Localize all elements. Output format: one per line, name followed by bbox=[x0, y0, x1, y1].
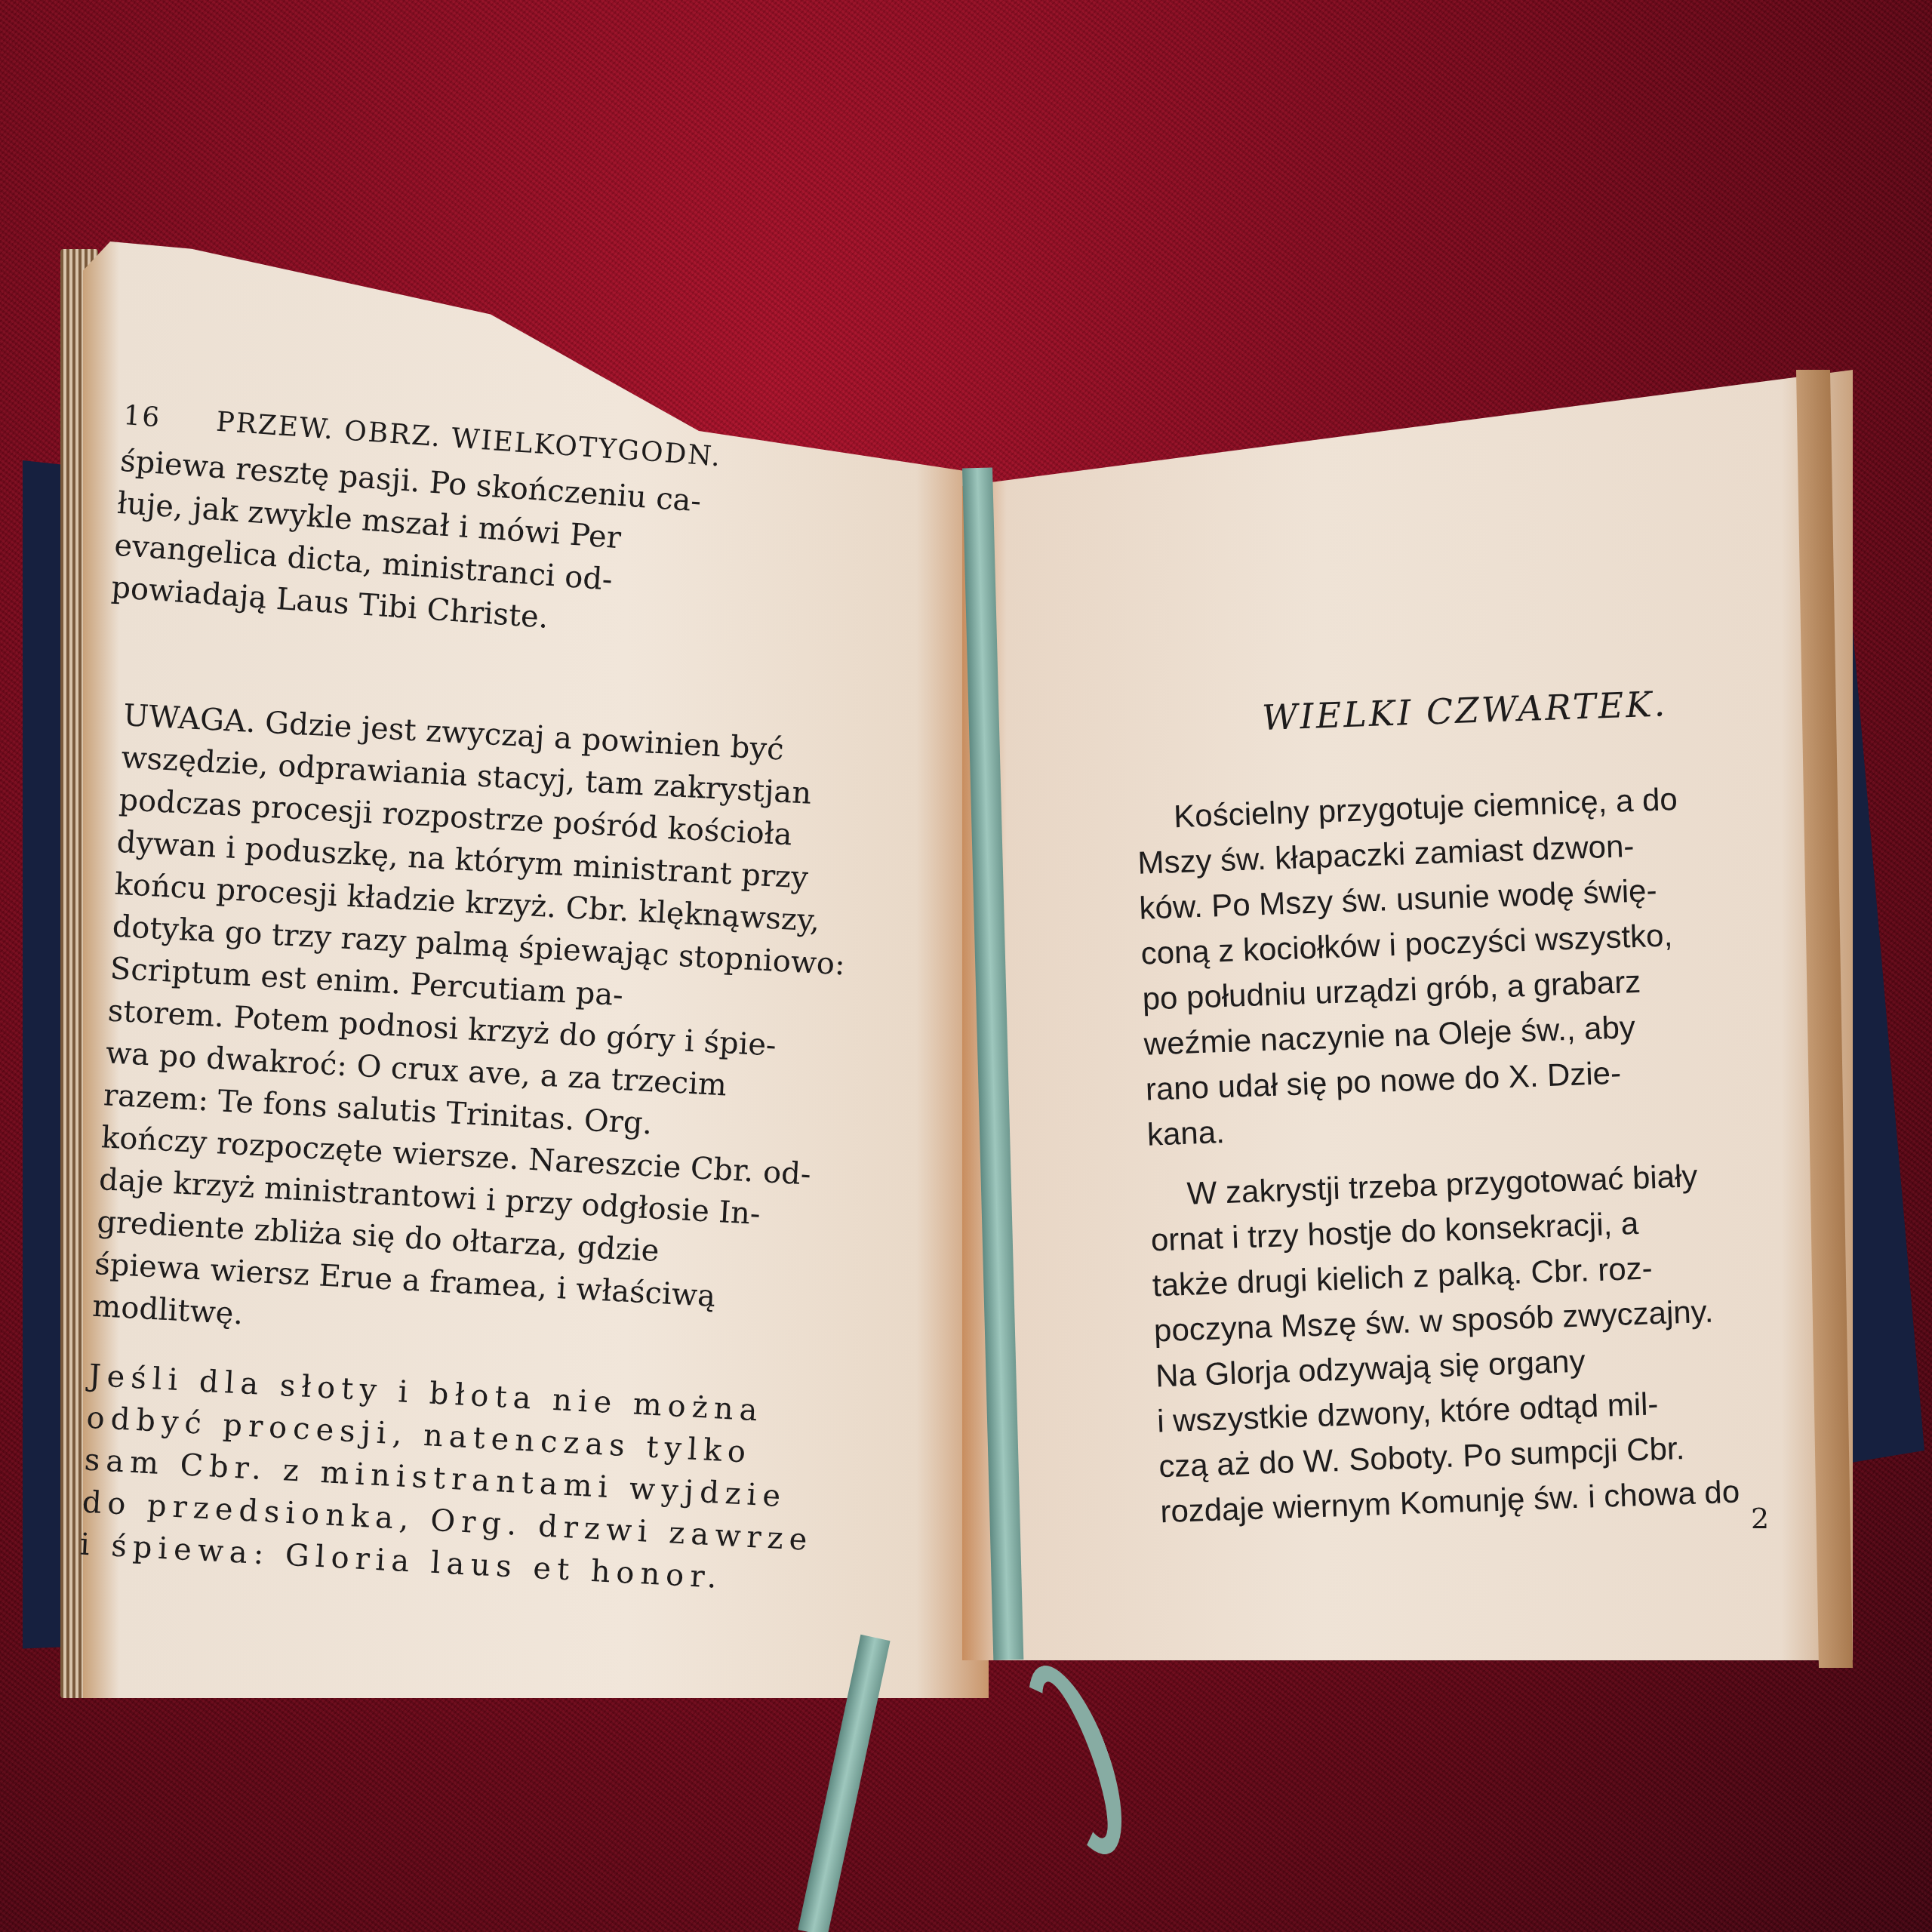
left-paragraph-2: UWAGA. Gdzie jest zwyczaj a powinien być… bbox=[91, 694, 871, 1367]
left-paragraph-3: Jeśli dla słoty i błota nie można odbyć … bbox=[78, 1355, 835, 1604]
right-paragraph-2: W zakrystji trzeba przygotować biały orn… bbox=[1149, 1149, 1825, 1534]
left-page-lower-text: UWAGA. Gdzie jest zwyczaj a powinien być… bbox=[78, 694, 871, 1632]
left-page-number: 16 bbox=[122, 400, 162, 433]
right-page-text: WIELKI CZWARTEK. Kościelny przygotuje ci… bbox=[1132, 678, 1825, 1534]
signature-mark: 2 bbox=[1751, 1502, 1769, 1535]
right-paragraph-1: Kościelny przygotuje ciemnicę, a do Mszy… bbox=[1135, 772, 1811, 1157]
